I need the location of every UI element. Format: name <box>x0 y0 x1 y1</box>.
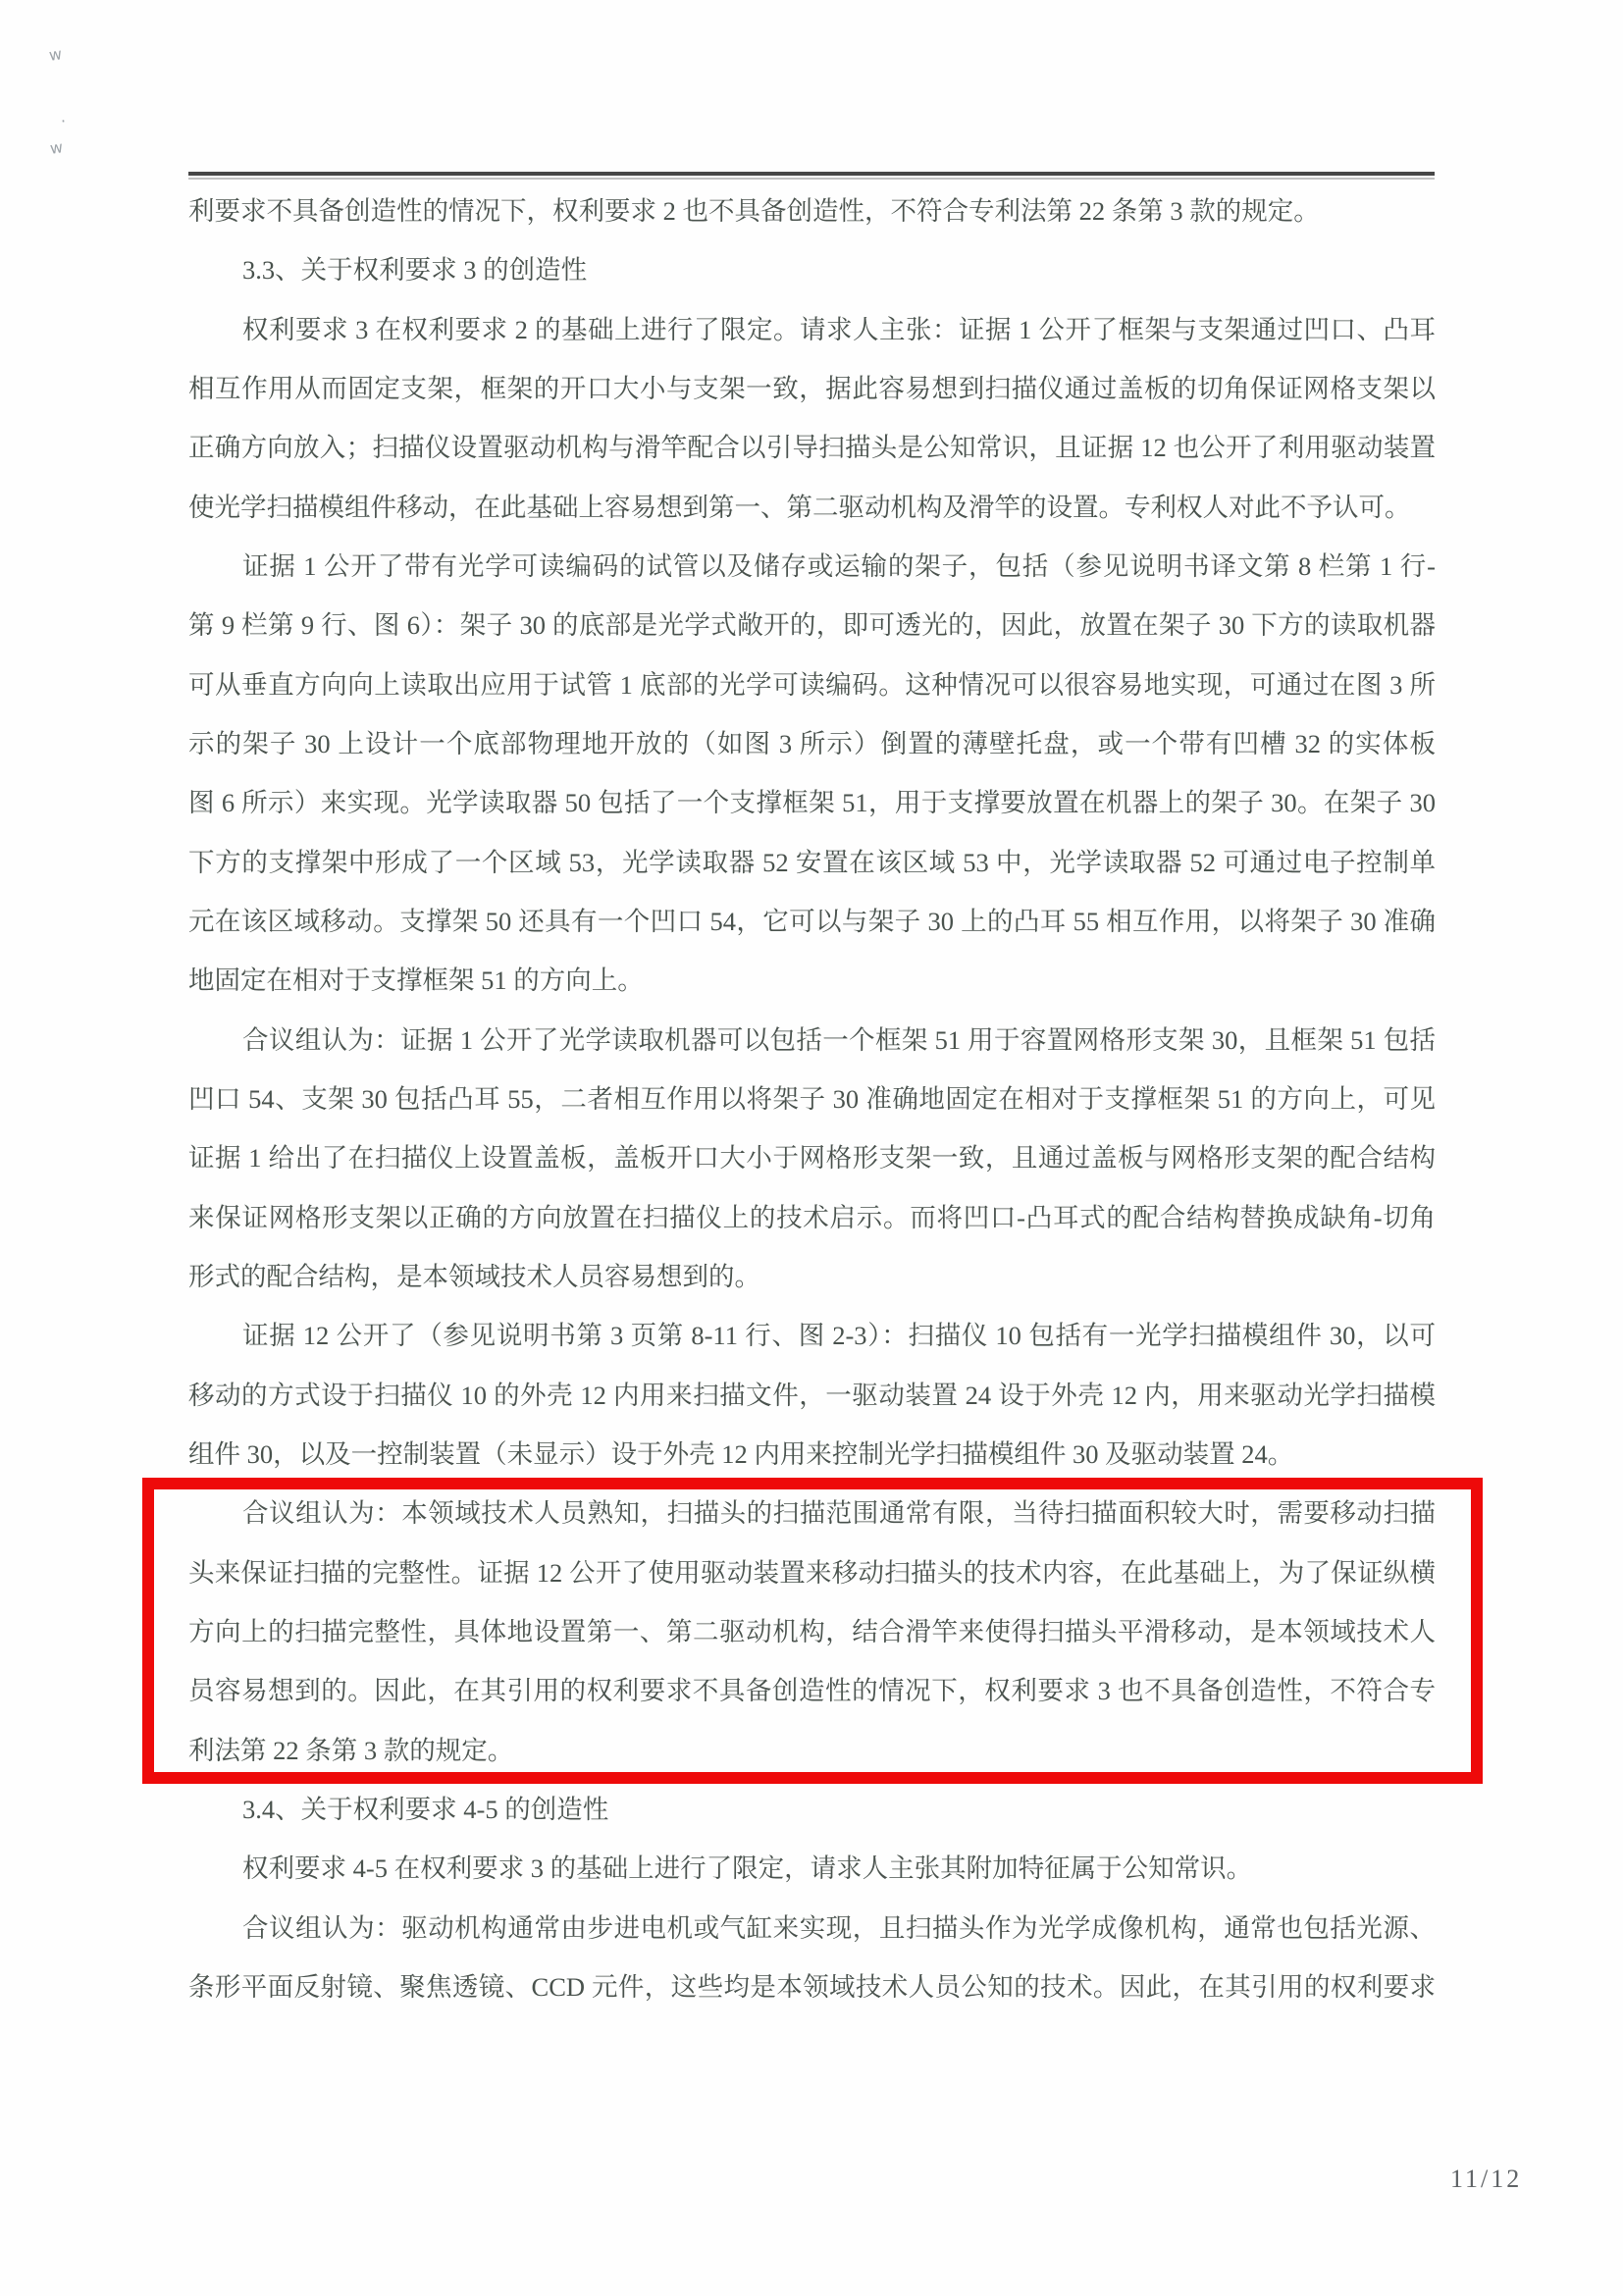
scanned-document-page: 利要求不具备创造性的情况下，权利要求 2 也不具备创造性，不符合专利法第 22 … <box>0 0 1623 2296</box>
document-body: 利要求不具备创造性的情况下，权利要求 2 也不具备创造性，不符合专利法第 22 … <box>188 182 1436 2016</box>
text-line: 利法第 22 条第 3 款的规定。 <box>188 1721 1436 1780</box>
scan-artifact-mark: w <box>48 46 63 64</box>
text-line: 正确方向放入；扫描仪设置驱动机构与滑竿配合以引导扫描头是公知常识，且证据 12 … <box>188 418 1436 477</box>
text-line: 证据 12 公开了（参见说明书第 3 页第 8-11 行、图 2-3）：扫描仪 … <box>188 1306 1436 1365</box>
text-line: 地固定在相对于支撑框架 51 的方向上。 <box>188 951 1436 1010</box>
text-line: 条形平面反射镜、聚焦透镜、CCD 元件，这些均是本领域技术人员公知的技术。因此，… <box>188 1957 1436 2016</box>
text-line: 利要求不具备创造性的情况下，权利要求 2 也不具备创造性，不符合专利法第 22 … <box>188 182 1436 240</box>
text-line: 3.3、关于权利要求 3 的创造性 <box>188 240 1436 299</box>
text-line: 权利要求 3 在权利要求 2 的基础上进行了限定。请求人主张：证据 1 公开了框… <box>188 300 1436 359</box>
text-line: 证据 1 公开了带有光学可读编码的试管以及储存或运输的架子，包括（参见说明书译文… <box>188 537 1436 596</box>
text-line: 使光学扫描模组件移动，在此基础上容易想到第一、第二驱动机构及滑竿的设置。专利权人… <box>188 478 1436 537</box>
text-line: 下方的支撑架中形成了一个区域 53，光学读取器 52 安置在该区域 53 中，光… <box>188 833 1436 892</box>
text-line: 组件 30，以及一控制装置（未显示）设于外壳 12 内用来控制光学扫描模组件 3… <box>188 1425 1436 1484</box>
scan-artifact-mark: w <box>49 139 64 157</box>
text-line: 第 9 栏第 9 行、图 6）：架子 30 的底部是光学式敞开的，即可透光的，因… <box>188 596 1436 654</box>
text-line: 方向上的扫描完整性，具体地设置第一、第二驱动机构，结合滑竿来使得扫描头平滑移动，… <box>188 1602 1436 1661</box>
text-line: 合议组认为：驱动机构通常由步进电机或气缸来实现，且扫描头作为光学成像机构，通常也… <box>188 1899 1436 1957</box>
text-line: 形式的配合结构，是本领域技术人员容易想到的。 <box>188 1247 1436 1306</box>
text-line: 相互作用从而固定支架，框架的开口大小与支架一致，据此容易想到扫描仪通过盖板的切角… <box>188 359 1436 418</box>
text-line: 3.4、关于权利要求 4-5 的创造性 <box>188 1780 1436 1839</box>
text-line: 来保证网格形支架以正确的方向放置在扫描仪上的技术启示。而将凹口-凸耳式的配合结构… <box>188 1188 1436 1247</box>
text-line: 员容易想到的。因此，在其引用的权利要求不具备创造性的情况下，权利要求 3 也不具… <box>188 1661 1436 1720</box>
text-line: 权利要求 4-5 在权利要求 3 的基础上进行了限定，请求人主张其附加特征属于公… <box>188 1839 1436 1898</box>
text-line: 合议组认为：证据 1 公开了光学读取机器可以包括一个框架 51 用于容置网格形支… <box>188 1011 1436 1070</box>
text-line: 可从垂直方向向上读取出应用于试管 1 底部的光学可读编码。这种情况可以很容易地实… <box>188 655 1436 714</box>
text-line: 元在该区域移动。支撑架 50 还具有一个凹口 54，它可以与架子 30 上的凸耳… <box>188 892 1436 951</box>
page-number: 11/12 <box>1450 2165 1522 2194</box>
scan-artifact-mark: · <box>60 114 67 130</box>
header-rule-echo <box>188 178 1435 180</box>
text-line: 示的架子 30 上设计一个底部物理地开放的（如图 3 所示）倒置的薄壁托盘，或一… <box>188 714 1436 773</box>
text-line: 移动的方式设于扫描仪 10 的外壳 12 内用来扫描文件，一驱动装置 24 设于… <box>188 1366 1436 1425</box>
text-line: 证据 1 给出了在扫描仪上设置盖板，盖板开口大小于网格形支架一致，且通过盖板与网… <box>188 1128 1436 1187</box>
text-line: 头来保证扫描的完整性。证据 12 公开了使用驱动装置来移动扫描头的技术内容，在此… <box>188 1543 1436 1602</box>
header-rule <box>188 172 1435 176</box>
text-line: 图 6 所示）来实现。光学读取器 50 包括了一个支撑框架 51，用于支撑要放置… <box>188 773 1436 832</box>
text-line: 合议组认为：本领域技术人员熟知，扫描头的扫描范围通常有限，当待扫描面积较大时，需… <box>188 1484 1436 1542</box>
text-line: 凹口 54、支架 30 包括凸耳 55，二者相互作用以将架子 30 准确地固定在… <box>188 1070 1436 1128</box>
